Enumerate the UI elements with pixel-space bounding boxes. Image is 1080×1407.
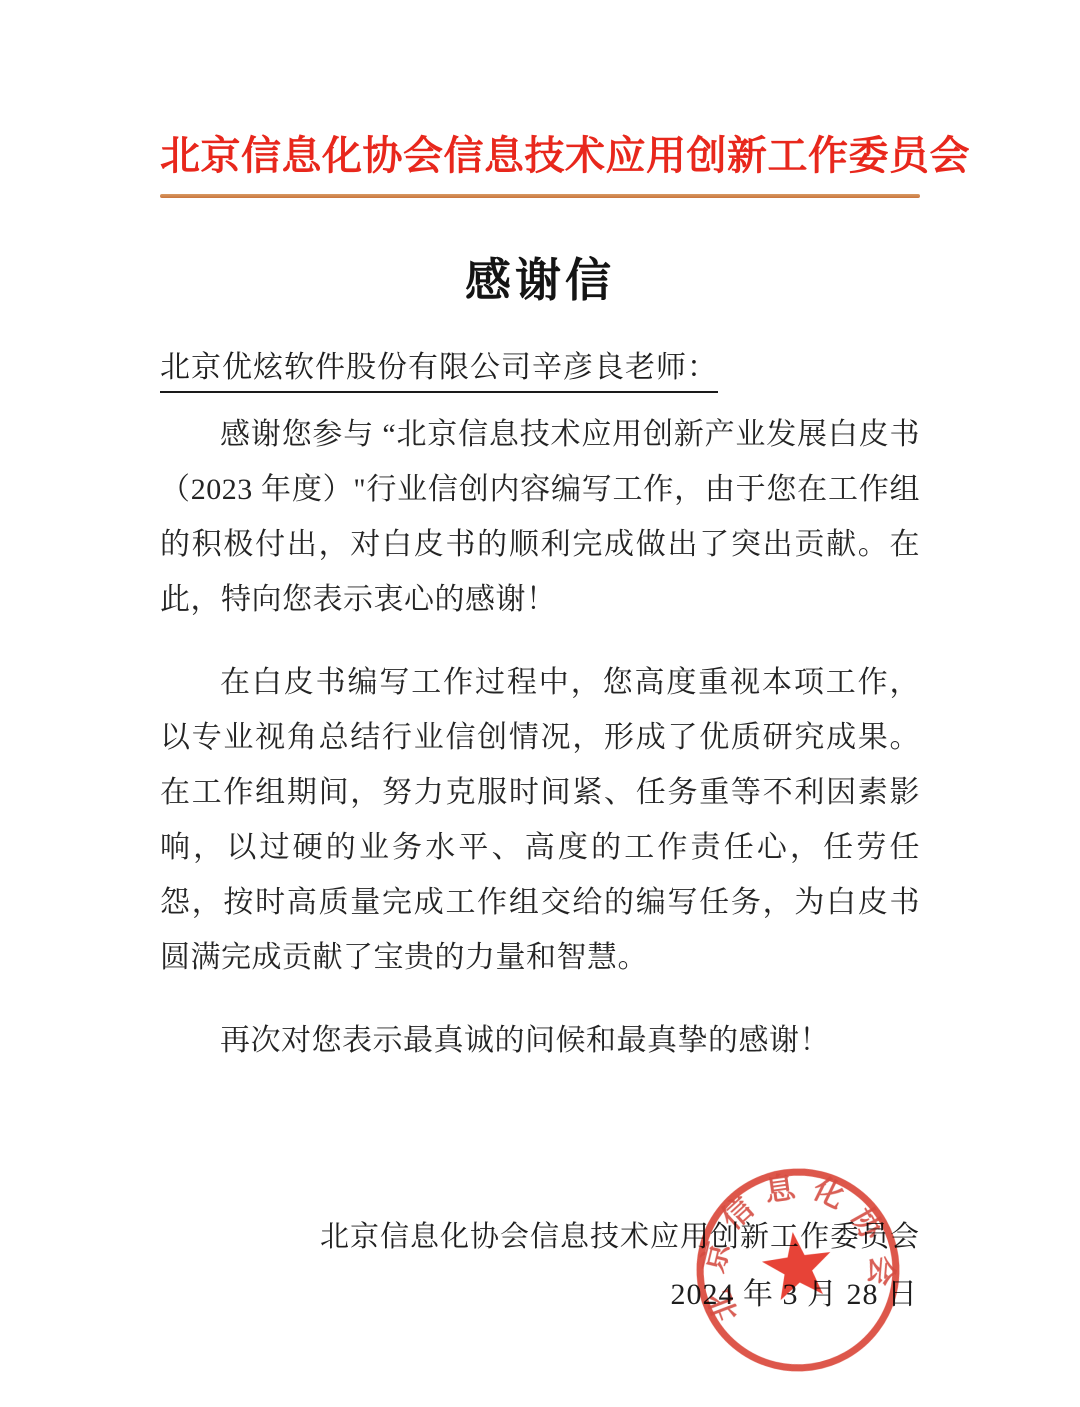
header-divider-rule: [160, 194, 920, 198]
body-paragraph-3: 再次对您表示最真诚的问候和最真挚的感谢！: [160, 1013, 920, 1068]
salutation-row: 北京优炫软件股份有限公司辛彦良老师：: [160, 348, 920, 393]
letter-title: 感谢信: [160, 244, 920, 310]
letter-page: 北京信息化协会信息技术应用创新工作委员会 感谢信 北京优炫软件股份有限公司辛彦良…: [0, 0, 1080, 1407]
date-line: 2024 年 3 月 28 日: [160, 1274, 920, 1316]
org-header-title: 北京信息化协会信息技术应用创新工作委员会: [160, 0, 920, 182]
body-paragraph-1: 感谢您参与 “北京信息技术应用创新产业发展白皮书（2023 年度）"行业信创内容…: [160, 407, 920, 627]
salutation: 北京优炫软件股份有限公司辛彦良老师：: [160, 348, 718, 393]
signature-line: 北京信息化协会信息技术应用创新工作委员会: [160, 1216, 920, 1258]
body-paragraph-2: 在白皮书编写工作过程中，您高度重视本项工作，以专业视角总结行业信创情况，形成了优…: [160, 655, 920, 985]
letter-content: 北京信息化协会信息技术应用创新工作委员会 感谢信 北京优炫软件股份有限公司辛彦良…: [0, 0, 1080, 1316]
